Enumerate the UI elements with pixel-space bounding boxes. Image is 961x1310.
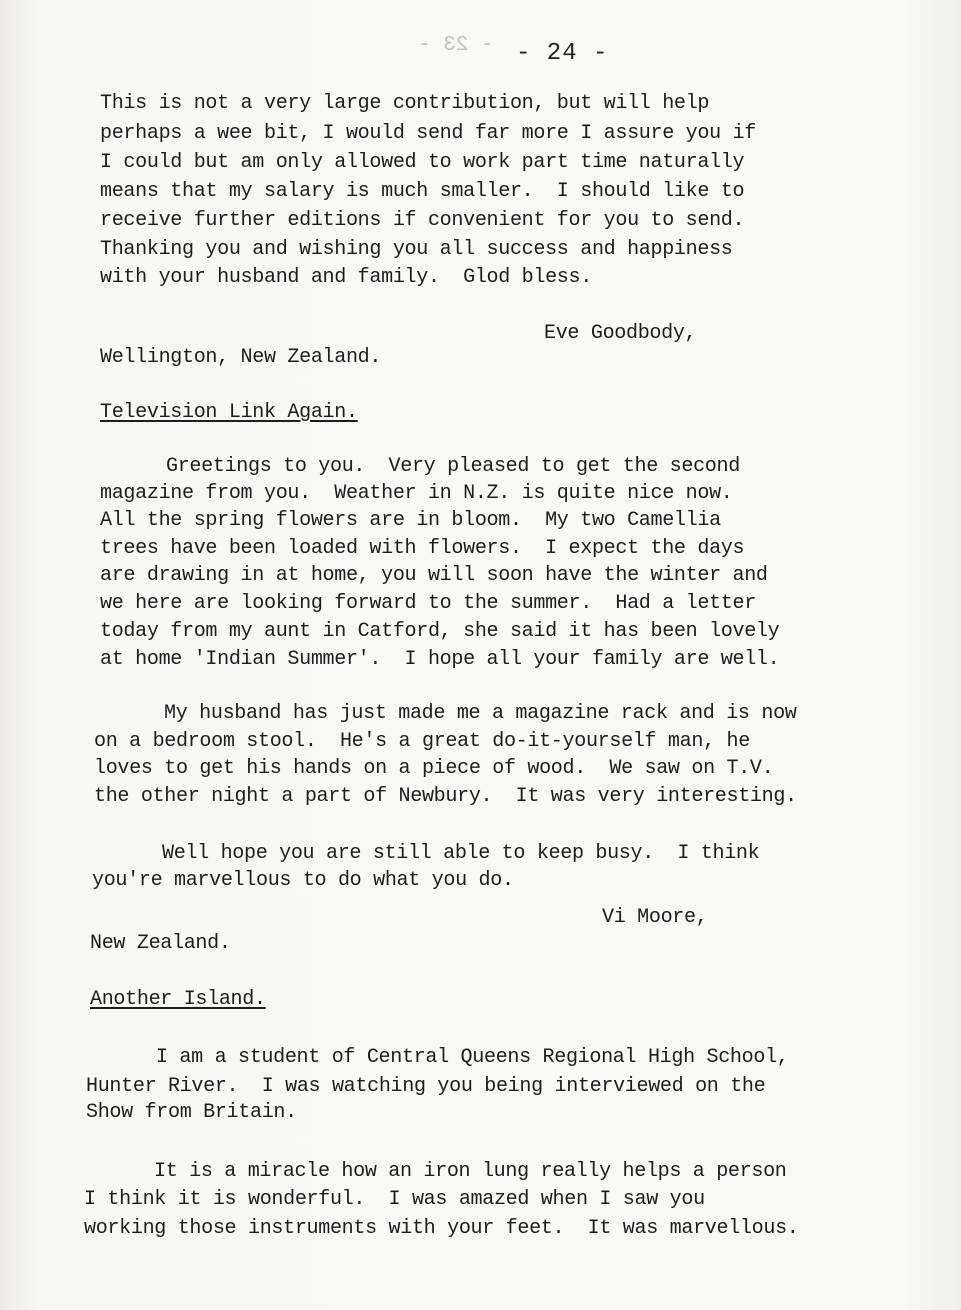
text-line: I could but am only allowed to work part… <box>100 151 744 174</box>
location: Wellington, New Zealand. <box>100 346 381 369</box>
text-line: at home 'Indian Summer'. I hope all your… <box>100 648 779 671</box>
text-line: on a bedroom stool. He's a great do-it-y… <box>94 730 750 753</box>
text-line: trees have been loaded with flowers. I e… <box>100 537 744 560</box>
text-line: with your husband and family. Glod bless… <box>100 266 592 289</box>
text-line: All the spring flowers are in bloom. My … <box>100 509 721 532</box>
text-line: working those instruments with your feet… <box>84 1217 798 1240</box>
text-line: Thanking you and wishing you all success… <box>100 238 733 261</box>
section-heading: Another Island. <box>90 988 266 1011</box>
text-line: Greetings to you. Very pleased to get th… <box>166 455 740 478</box>
text-line: means that my salary is much smaller. I … <box>100 180 744 203</box>
text-line: you're marvellous to do what you do. <box>92 869 514 892</box>
text-line: I am a student of Central Queens Regiona… <box>156 1046 789 1069</box>
signature: Eve Goodbody, <box>544 322 696 345</box>
text-line: loves to get his hands on a piece of woo… <box>94 757 773 780</box>
section-heading: Television Link Again. <box>100 401 358 424</box>
text-line: Hunter River. I was watching you being i… <box>86 1075 765 1098</box>
text-line: the other night a part of Newbury. It wa… <box>94 785 797 808</box>
text-line: today from my aunt in Catford, she said … <box>100 620 779 643</box>
location: New Zealand. <box>90 932 231 955</box>
text-line: we here are looking forward to the summe… <box>100 592 756 615</box>
text-line: perhaps a wee bit, I would send far more… <box>100 122 756 145</box>
text-line: receive further editions if convenient f… <box>100 209 744 232</box>
text-line: Show from Britain. <box>86 1101 297 1124</box>
text-line: are drawing in at home, you will soon ha… <box>100 564 768 587</box>
document-page: - 23 - - 24 - This is not a very large c… <box>0 0 961 1310</box>
text-line: My husband has just made me a magazine r… <box>164 702 797 725</box>
text-line: magazine from you. Weather in N.Z. is qu… <box>100 482 733 505</box>
ghost-page-number: - 23 - <box>418 34 494 57</box>
text-line: Well hope you are still able to keep bus… <box>162 842 759 865</box>
page-number: - 24 - <box>516 40 608 67</box>
signature: Vi Moore, <box>602 906 707 929</box>
text-line: It is a miracle how an iron lung really … <box>154 1160 787 1183</box>
text-line: This is not a very large contribution, b… <box>100 92 709 115</box>
text-line: I think it is wonderful. I was amazed wh… <box>84 1188 705 1211</box>
